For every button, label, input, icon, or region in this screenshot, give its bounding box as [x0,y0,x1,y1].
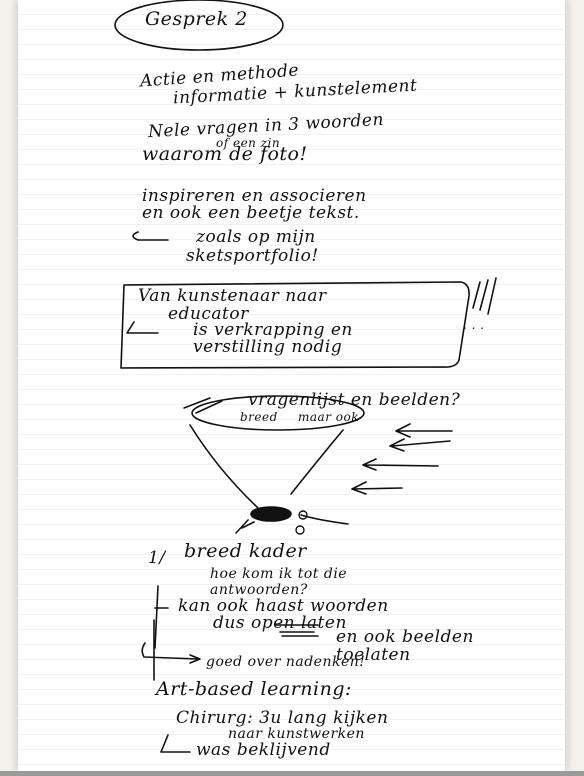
funnel-right-side [291,430,343,494]
funnel-bottom [251,507,291,521]
arrow-in-4 [352,482,402,494]
list-number: 1/ [148,548,166,568]
note-line: zoals op mijn [196,227,316,247]
boxed-note-line: Van kunstenaar naar [138,286,327,306]
note-line: dus open laten [213,613,347,633]
arrow-hook-2 [127,322,158,333]
arrow-in-2 [390,439,450,451]
arrow-hook-3 [161,735,190,752]
note-line: breed kader [184,540,307,562]
note-line: Chirurg: 3u lang kijken [176,708,388,728]
bracket-1 [155,586,168,648]
viewer-bottom-bar [0,771,584,776]
notes-title: Gesprek 2 [145,8,248,30]
side-dots: . . . [463,318,485,332]
arrow-in-1 [396,424,452,437]
funnel-inner-label: breed [240,410,278,424]
funnel-inner-label: maar ook [298,410,359,424]
arrow-in-3 [363,459,438,470]
notebook-page: Gesprek 2 Actie en methode informatie + … [18,0,565,771]
note-line: goed over nadenken! [206,654,365,670]
funnel-top-label: vragenlijst en beelden? [248,390,460,410]
bracket-2 [142,643,200,663]
note-line: was beklijvend [196,740,331,760]
note-line: en ook een beetje tekst. [142,203,360,223]
note-line: en ook beelden [336,627,474,647]
note-line: Art-based learning: [156,678,352,700]
note-line: hoe kom ik tot die [210,566,347,582]
boxed-note-line: verstilling nodig [193,337,342,357]
funnel-left-side [190,425,258,508]
note-line: sketsportfolio! [186,246,319,266]
arrow-hook-1 [133,232,168,240]
note-line: waarom de foto! [142,143,308,165]
